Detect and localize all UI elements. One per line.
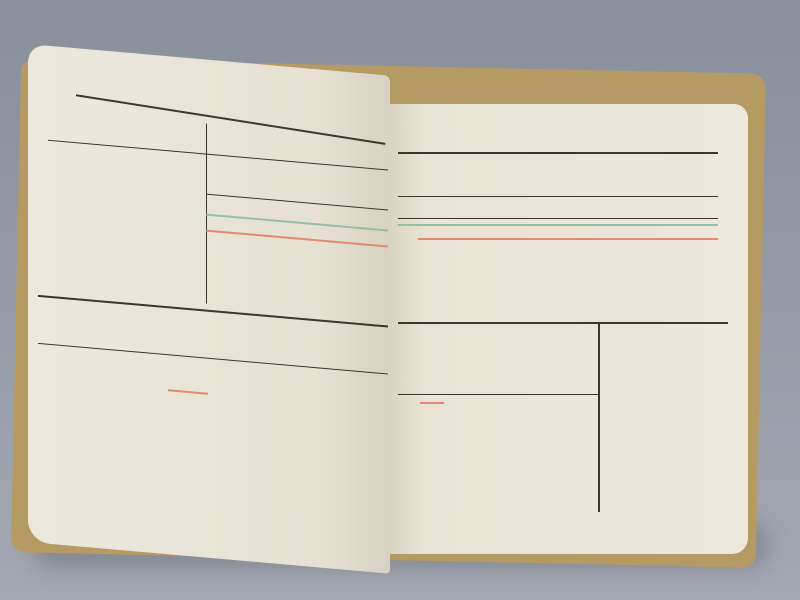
grid-line [206, 194, 388, 211]
grid-line [598, 322, 600, 512]
grid-line [398, 394, 598, 395]
grid-line [398, 322, 728, 324]
grid-line [398, 196, 718, 197]
grid-line [398, 218, 718, 219]
grid-line [48, 140, 388, 171]
red-mark [420, 402, 444, 404]
footnote-left [42, 495, 382, 525]
red-line [168, 389, 208, 394]
green-line [398, 224, 718, 226]
red-line [206, 230, 388, 248]
left-page [28, 44, 390, 574]
title-underline [76, 94, 385, 145]
title-underline [398, 152, 718, 154]
green-line [206, 214, 388, 232]
grid-line [38, 295, 388, 328]
right-page [388, 104, 748, 554]
red-line [418, 238, 718, 240]
grid-line [38, 343, 388, 375]
